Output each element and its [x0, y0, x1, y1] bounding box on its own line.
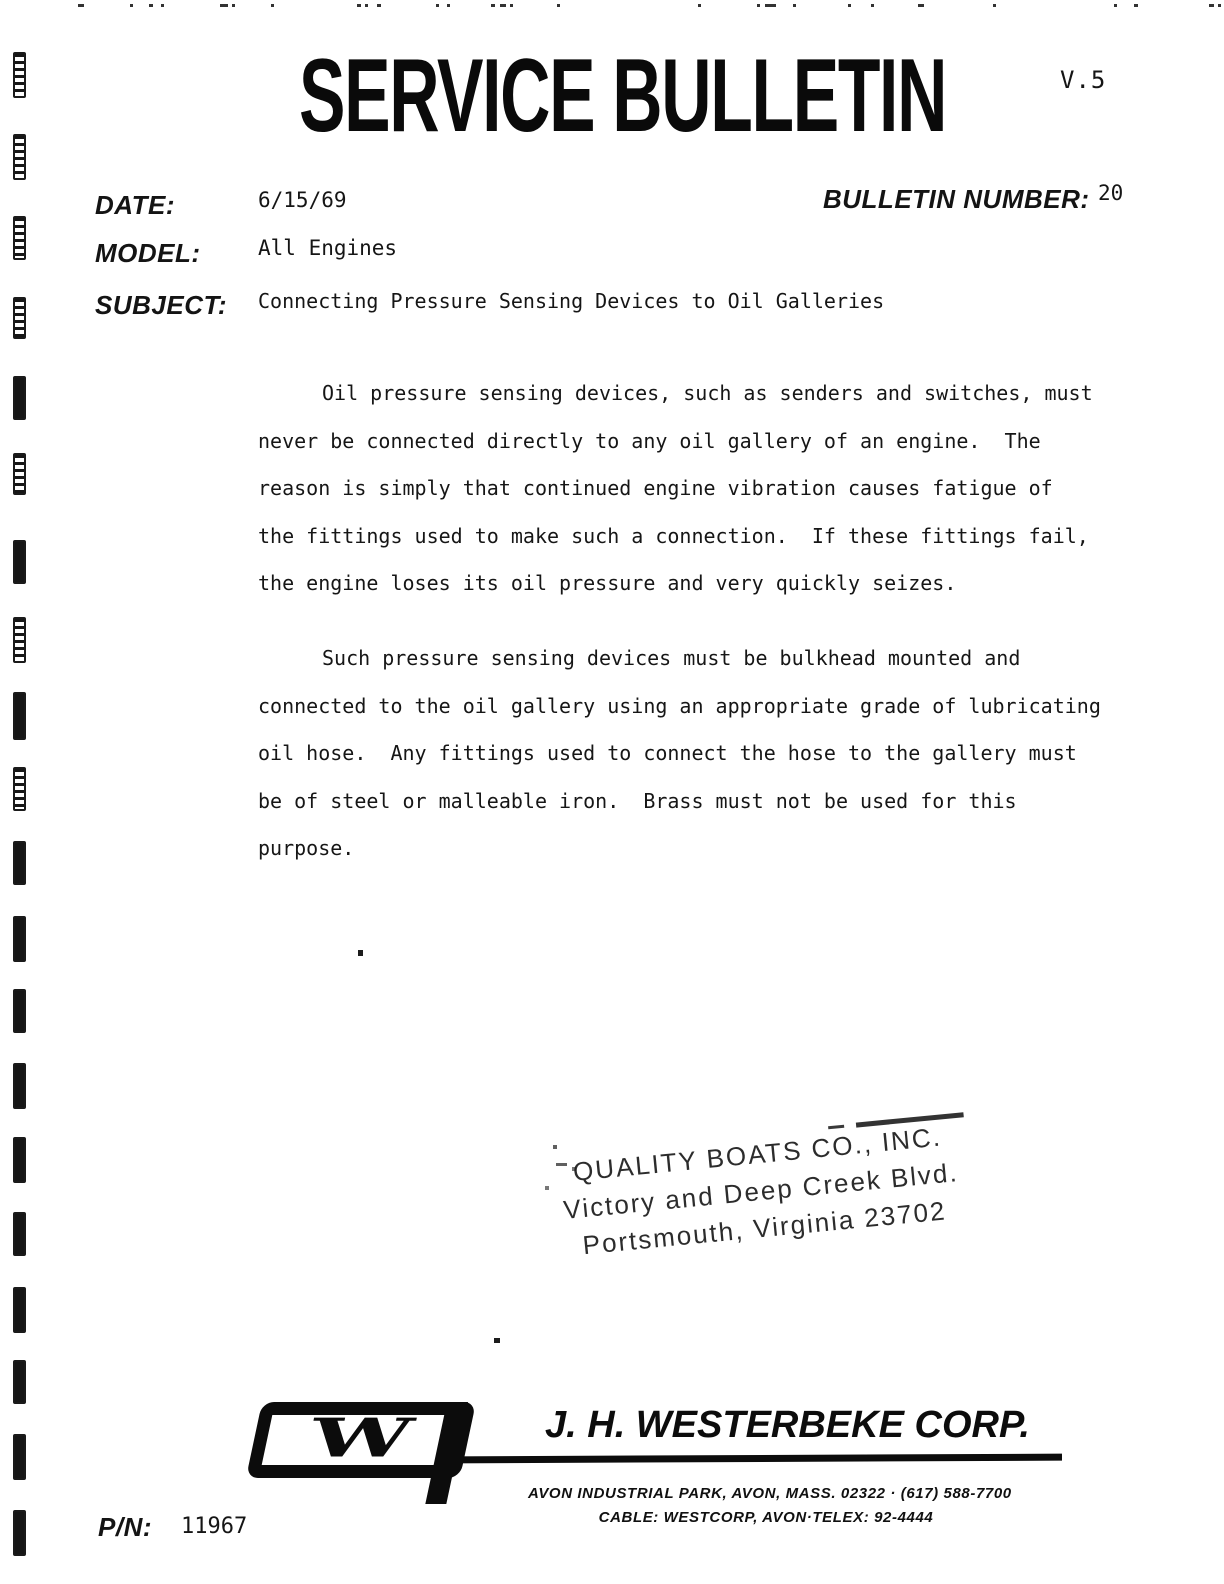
model-value: All Engines: [258, 236, 397, 260]
bulletin-number-value: 20: [1098, 181, 1123, 205]
binding-hole-mark: [13, 376, 26, 420]
scan-noise-dash: [357, 4, 361, 7]
scan-noise-dash: [220, 4, 228, 7]
scan-noise-dash: [1209, 4, 1214, 7]
model-label: MODEL:: [95, 238, 201, 269]
binding-hole-mark: [13, 841, 26, 885]
logo-w-letter: W: [306, 1415, 417, 1461]
address-line-1: AVON INDUSTRIAL PARK, AVON, MASS. 02322 …: [528, 1482, 1004, 1506]
binding-hole-mark: [13, 916, 26, 962]
scan-noise-dash: [78, 4, 84, 7]
binding-holes-column: [0, 0, 40, 1584]
subject-label: SUBJECT:: [95, 290, 227, 321]
scan-noise-dash: [500, 4, 506, 7]
binding-hole-mark: [13, 617, 26, 663]
scan-speck: [494, 1338, 500, 1343]
body-line: reason is simply that continued engine v…: [258, 465, 1138, 513]
body-paragraph-1: Oil pressure sensing devices, such as se…: [258, 370, 1138, 608]
scan-noise-dash: [918, 4, 924, 7]
binding-hole-mark: [13, 692, 26, 740]
binding-hole-mark: [13, 216, 26, 260]
body-text: Oil pressure sensing devices, such as se…: [258, 370, 1138, 873]
scan-noise-dash: [757, 4, 760, 7]
part-number-value: 11967: [181, 1514, 247, 1539]
binding-hole-mark: [13, 134, 26, 180]
subject-value: Connecting Pressure Sensing Devices to O…: [258, 289, 884, 313]
scan-noise-dash: [1114, 4, 1117, 7]
service-bulletin-page: SERVICE BULLETIN V.5 DATE: 6/15/69 BULLE…: [0, 0, 1224, 1584]
scan-noise-dash: [149, 4, 153, 7]
binding-hole-mark: [13, 1212, 26, 1256]
scan-noise-dash: [557, 4, 560, 7]
binding-hole-mark: [13, 297, 26, 339]
scan-noise-dash: [447, 4, 450, 7]
body-line: the engine loses its oil pressure and ve…: [258, 560, 1138, 608]
binding-hole-mark: [13, 989, 26, 1033]
scan-noise-dash: [773, 4, 776, 7]
scan-noise-dash: [436, 4, 439, 7]
body-line: Such pressure sensing devices must be bu…: [258, 635, 1138, 683]
scan-noise-dash: [765, 4, 773, 7]
binding-hole-mark: [13, 767, 26, 811]
scan-noise-dash: [1134, 4, 1138, 7]
page-title: SERVICE BULLETIN: [299, 44, 946, 148]
scan-noise-dash: [1218, 4, 1221, 7]
company-name: J. H. WESTERBEKE CORP.: [545, 1404, 1030, 1447]
body-line: never be connected directly to any oil g…: [258, 418, 1138, 466]
part-number-label: P/N:: [98, 1512, 152, 1543]
date-label: DATE:: [95, 190, 175, 221]
date-value: 6/15/69: [258, 188, 347, 212]
binding-hole-mark: [13, 1287, 26, 1333]
scan-noise-dash: [993, 4, 996, 7]
body-line: oil hose. Any fittings used to connect t…: [258, 730, 1138, 778]
scan-noise-dash: [232, 4, 235, 7]
bulletin-number-label: BULLETIN NUMBER:: [823, 184, 1090, 215]
binding-hole-mark: [13, 1510, 26, 1556]
scan-noise-dash: [793, 4, 796, 7]
address-line-2: CABLE: WESTCORP, AVON·TELEX: 92-4444: [528, 1506, 1004, 1530]
binding-hole-mark: [13, 453, 26, 495]
scan-noise-dash: [698, 4, 701, 7]
body-paragraph-2: Such pressure sensing devices must be bu…: [258, 635, 1138, 873]
body-line: connected to the oil gallery using an ap…: [258, 683, 1138, 731]
binding-hole-mark: [13, 1137, 26, 1183]
scan-noise-dash: [130, 4, 133, 7]
binding-hole-mark: [13, 1434, 26, 1480]
scan-noise-dash: [271, 4, 274, 7]
scan-noise-dash: [491, 4, 495, 7]
scan-noise-dash: [848, 4, 851, 7]
scan-noise-dash: [871, 4, 874, 7]
scan-noise-dash: [161, 4, 164, 7]
scan-speck: [553, 1145, 557, 1149]
body-line: purpose.: [258, 825, 1138, 873]
binding-hole-mark: [13, 1063, 26, 1109]
binding-hole-mark: [13, 1360, 26, 1404]
dealer-stamp: QUALITY BOATS CO., INC. Victory and Deep…: [542, 1116, 981, 1268]
version-text: V.5: [1060, 66, 1106, 94]
footer-rule: [452, 1454, 1062, 1464]
scan-noise-dash: [365, 4, 368, 7]
scan-noise-dash: [510, 4, 513, 7]
body-line: the fittings used to make such a connect…: [258, 513, 1138, 561]
scan-speck: [358, 950, 363, 956]
binding-hole-mark: [13, 52, 26, 98]
body-line: Oil pressure sensing devices, such as se…: [258, 370, 1138, 418]
binding-hole-mark: [13, 540, 26, 584]
company-address: AVON INDUSTRIAL PARK, AVON, MASS. 02322 …: [528, 1482, 1004, 1530]
scan-noise-dash: [377, 4, 381, 7]
body-line: be of steel or malleable iron. Brass mus…: [258, 778, 1138, 826]
